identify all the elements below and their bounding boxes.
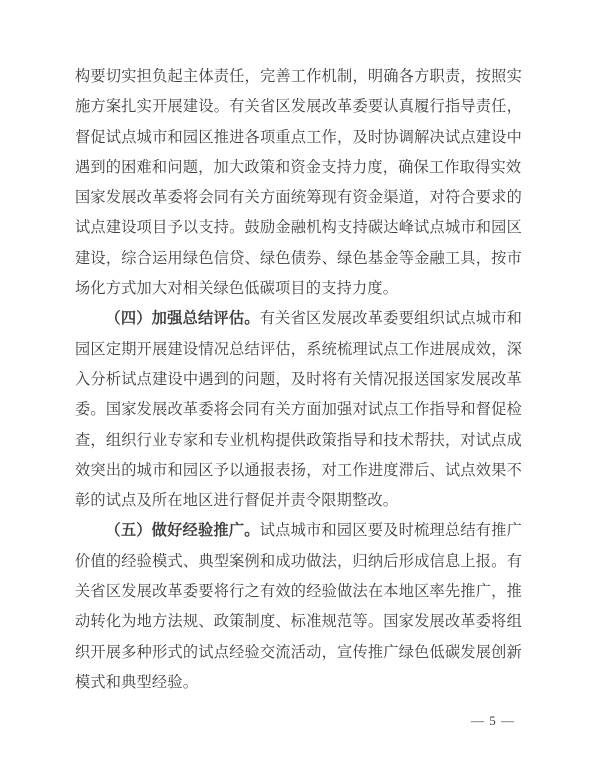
text-line: 施方案扎实开展建设。有关省区发展改革委要认真履行指导责任，	[75, 92, 522, 122]
paragraph: （五）做好经验推广。试点城市和园区要及时梳理总结有推广价值的经验模式、典型案例和…	[75, 516, 522, 698]
text-line: 彰的试点及所在地区进行督促并责令限期整改。	[75, 486, 522, 516]
body-text: 效突出的城市和园区予以通报表扬，对工作进度滞后、试点效果不	[75, 462, 522, 479]
text-line: 价值的经验模式、典型案例和成功做法，归纳后形成信息上报。有	[75, 547, 522, 577]
text-line: 场化方式加大对相关绿色低碳项目的支持力度。	[75, 274, 522, 304]
text-line: 效突出的城市和园区予以通报表扬，对工作进度滞后、试点效果不	[75, 456, 522, 486]
text-line: 构要切实担负起主体责任，完善工作机制，明确各方职责，按照实	[75, 62, 522, 92]
text-line: （五）做好经验推广。试点城市和园区要及时梳理总结有推广	[75, 516, 522, 546]
document-body: 构要切实担负起主体责任，完善工作机制，明确各方职责，按照实施方案扎实开展建设。有…	[75, 62, 522, 698]
text-line: 建设，综合运用绿色信贷、绿色债券、绿色基金等金融工具，按市	[75, 244, 522, 274]
body-text: 委。国家发展改革委将会同有关方面加强对试点工作指导和督促检	[75, 401, 522, 418]
page-number: — 5 —	[471, 713, 515, 728]
body-text: 入分析试点建设中遇到的问题，及时将有关情况报送国家发展改革	[75, 371, 522, 388]
body-text: 建设，综合运用绿色信贷、绿色债券、绿色基金等金融工具，按市	[75, 250, 522, 267]
document-page: 构要切实担负起主体责任，完善工作机制，明确各方职责，按照实施方案扎实开展建设。有…	[0, 0, 593, 759]
body-text: 督促试点城市和园区推进各项重点工作，及时协调解决试点建设中	[75, 129, 522, 146]
section-heading-text: （五）做好经验推广。	[105, 522, 259, 539]
text-line: 委。国家发展改革委将会同有关方面加强对试点工作指导和督促检	[75, 395, 522, 425]
paragraph: 构要切实担负起主体责任，完善工作机制，明确各方职责，按照实施方案扎实开展建设。有…	[75, 62, 522, 304]
body-text: 织开展多种形式的试点经验交流活动，宣传推广绿色低碳发展创新	[75, 644, 522, 661]
body-text: 关省区发展改革委要将行之有效的经验做法在本地区率先推广，推	[75, 583, 522, 600]
text-line: 园区定期开展建设情况总结评估，系统梳理试点工作进展成效，深	[75, 335, 522, 365]
body-text: 查，组织行业专家和专业机构提供政策指导和技术帮扶，对试点成	[75, 432, 522, 449]
body-text: 试点建设项目予以支持。鼓励金融机构支持碳达峰试点城市和园区	[75, 219, 522, 236]
body-text: 动转化为地方法规、政策制度、标准规范等。国家发展改革委将组	[75, 613, 522, 630]
text-line: 试点建设项目予以支持。鼓励金融机构支持碳达峰试点城市和园区	[75, 213, 522, 243]
text-line: 动转化为地方法规、政策制度、标准规范等。国家发展改革委将组	[75, 607, 522, 637]
body-text: 试点城市和园区要及时梳理总结有推广	[260, 522, 522, 539]
body-text: 有关省区发展改革委要组织试点城市和	[260, 310, 522, 327]
text-line: 织开展多种形式的试点经验交流活动，宣传推广绿色低碳发展创新	[75, 638, 522, 668]
text-line: （四）加强总结评估。有关省区发展改革委要组织试点城市和	[75, 304, 522, 334]
body-text: 价值的经验模式、典型案例和成功做法，归纳后形成信息上报。有	[75, 553, 522, 570]
section-heading-text: （四）加强总结评估。	[105, 310, 259, 327]
text-line: 关省区发展改革委要将行之有效的经验做法在本地区率先推广，推	[75, 577, 522, 607]
body-text: 园区定期开展建设情况总结评估，系统梳理试点工作进展成效，深	[75, 341, 522, 358]
body-text: 施方案扎实开展建设。有关省区发展改革委要认真履行指导责任，	[75, 98, 522, 115]
text-line: 遇到的困难和问题，加大政策和资金支持力度，确保工作取得实效。	[75, 153, 522, 183]
body-text: 遇到的困难和问题，加大政策和资金支持力度，确保工作取得实效。	[75, 159, 522, 176]
paragraph: （四）加强总结评估。有关省区发展改革委要组织试点城市和园区定期开展建设情况总结评…	[75, 304, 522, 516]
text-line: 查，组织行业专家和专业机构提供政策指导和技术帮扶，对试点成	[75, 426, 522, 456]
body-text: 模式和典型经验。	[75, 674, 198, 691]
body-text: 场化方式加大对相关绿色低碳项目的支持力度。	[75, 280, 398, 297]
body-text: 国家发展改革委将会同有关方面统筹现有资金渠道，对符合要求的	[75, 189, 522, 206]
text-line: 国家发展改革委将会同有关方面统筹现有资金渠道，对符合要求的	[75, 183, 522, 213]
body-text: 构要切实担负起主体责任，完善工作机制，明确各方职责，按照实	[75, 68, 522, 85]
page-footer: — 5 —	[471, 713, 515, 729]
body-text: 彰的试点及所在地区进行督促并责令限期整改。	[75, 492, 398, 509]
text-line: 督促试点城市和园区推进各项重点工作，及时协调解决试点建设中	[75, 123, 522, 153]
text-line: 入分析试点建设中遇到的问题，及时将有关情况报送国家发展改革	[75, 365, 522, 395]
text-line: 模式和典型经验。	[75, 668, 522, 698]
